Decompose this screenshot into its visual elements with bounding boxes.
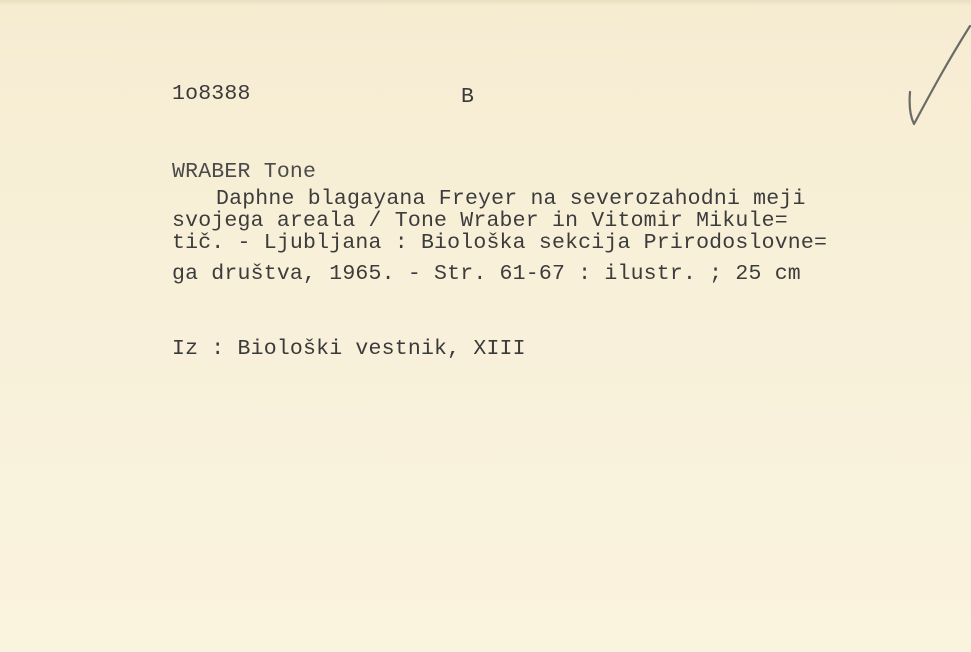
description-line-4: ga društva, 1965. - Str. 61-67 : ilustr.…	[172, 264, 801, 286]
description-line-1: Daphne blagayana Freyer na severozahodni…	[216, 189, 806, 211]
series-note: Iz : Biološki vestnik, XIII	[172, 339, 526, 361]
paper-edge-shade	[0, 0, 971, 6]
accession-number: 1o8388	[172, 84, 251, 106]
author-heading: WRABER Tone	[172, 162, 316, 184]
catalog-card: 1o8388 B WRABER Tone Daphne blagayana Fr…	[0, 0, 971, 652]
checkmark-icon	[902, 20, 971, 130]
class-mark: B	[461, 87, 474, 109]
description-line-2: svojega areala / Tone Wraber in Vitomir …	[172, 211, 788, 233]
description-line-3: tič. - Ljubljana : Biološka sekcija Prir…	[172, 233, 827, 255]
